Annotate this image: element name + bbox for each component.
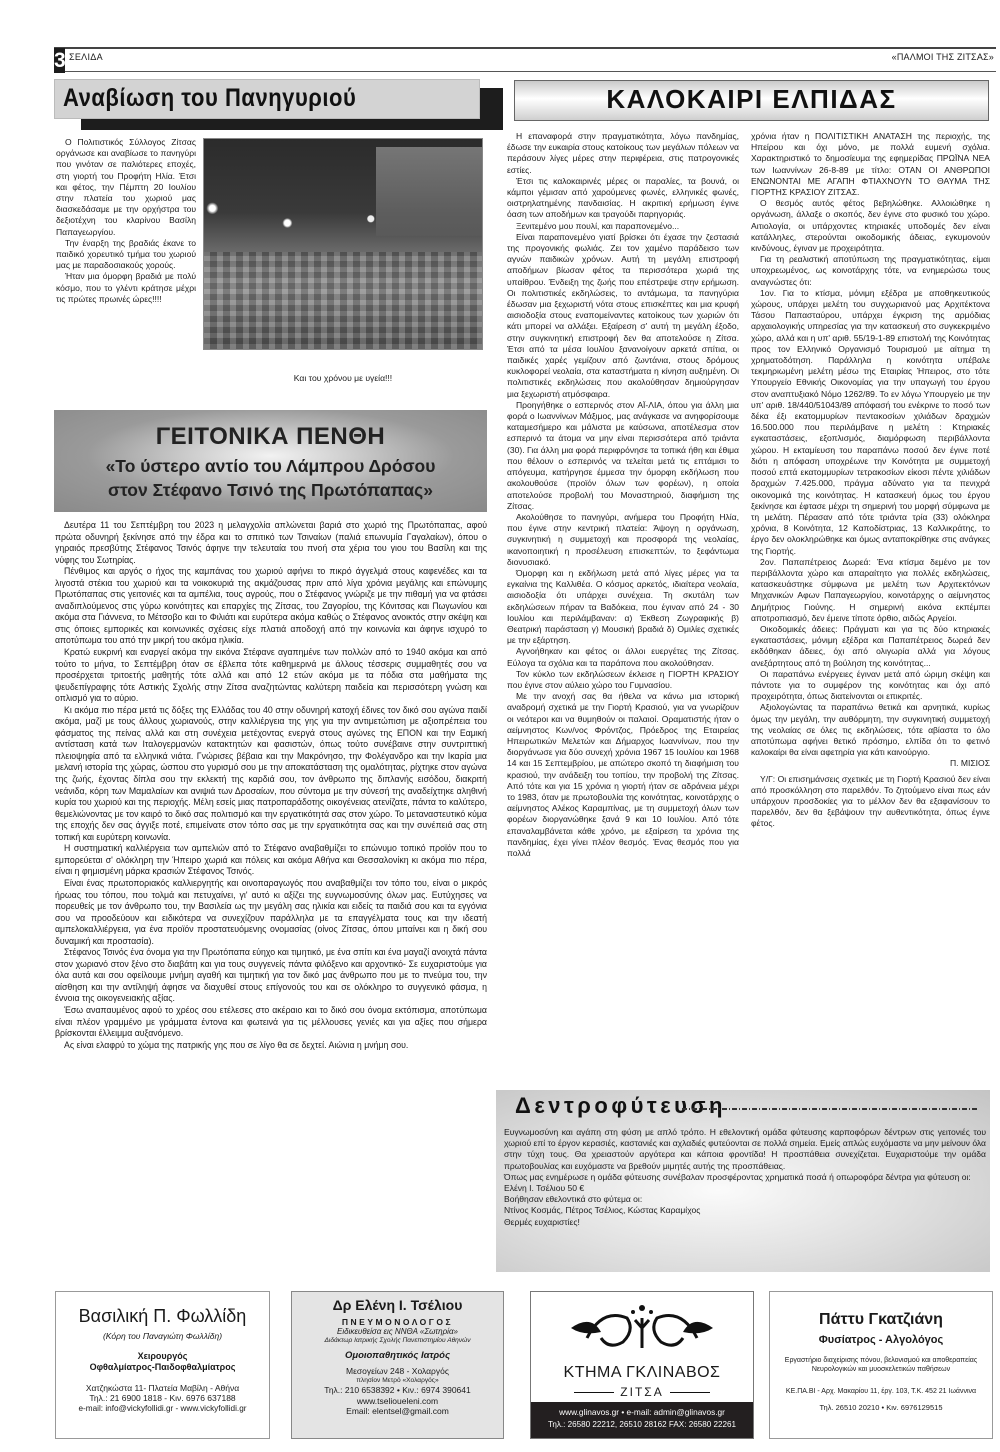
obituary-subtitle-line2: στον Στέφανο Τσινό της Πρωτόπαπας» xyxy=(54,480,487,501)
paragraph: Είναι ένας πρωτοποριακός καλλιεργητής κα… xyxy=(55,878,487,947)
paragraph: Στέφανος Τσινός ένα όνομα για την Πρωτόπ… xyxy=(55,947,487,1005)
ad-role: Ομοιοπαθητικός Ιατρός xyxy=(292,1350,503,1362)
ad-name: Πάττυ Γκατζιάνη xyxy=(770,1310,992,1330)
line: Βοήθησαν εθελοντικά στο φύτεμα οι: xyxy=(504,1194,986,1205)
line: Ντίνος Κοσμάς, Πέτρος Τσέλιος, Κώστας Κα… xyxy=(504,1205,986,1216)
paragraph: Πένθιμος και αργός ο ήχος της καμπάνας τ… xyxy=(55,566,487,647)
ad-phones: Τηλ.: 26580 22212, 26510 28162 FAX: 2658… xyxy=(531,1420,753,1430)
crowd-shape xyxy=(204,252,482,349)
paragraph: 1ον. Για το κτίσμα, μόνιμη εξέδρα με απο… xyxy=(751,288,990,557)
ad-address: Μεσογείων 248 - Χολαργός xyxy=(292,1366,503,1377)
ad-phones: Τηλ.: 21 6900 1818 - Κιν. 6976 637188 xyxy=(56,1393,269,1404)
paragraph: Οι παραπάνω ενέργειες έγιναν μετά από ώρ… xyxy=(751,669,990,703)
line: Θερμές ευχαριστίες! xyxy=(504,1217,986,1228)
ad-address: Χατζηκώστα 11- Πλατεία Μαβίλη - Αθήνα xyxy=(56,1383,269,1394)
ad-line: Διδάκτωρ Ιατρικής Σχολής Πανεπιστημίου Α… xyxy=(292,1337,503,1345)
summer-column-2: χρόνια ήταν η ΠΟΛΙΤΙΣΤΙΚΗ ΑΝΑΤΑΣΗ της πε… xyxy=(751,131,990,830)
paragraph: Οικοδομικές άδειες: Πράγματι και για τις… xyxy=(751,624,990,669)
obituary-text: Δευτέρα 11 του Σεπτέμβρη του 2023 η μελα… xyxy=(55,520,487,1051)
divider-line xyxy=(670,1392,710,1393)
paragraph: Αξιολογώντας τα παραπάνω θετικά και αρνη… xyxy=(751,702,990,758)
line: Όπως μας ενημέρωσε η ομάδα φύτευσης συνέ… xyxy=(504,1172,986,1183)
festival-photo xyxy=(203,138,483,350)
paragraph: Δευτέρα 11 του Σεπτέμβρη του 2023 η μελα… xyxy=(55,520,487,566)
ad-glinavos: ΚΤΗΜΑ ΓΚΛΙΝΑΒΟΣ ΖΙΤΣΑ www.glinavos.gr • … xyxy=(530,1291,754,1439)
ad-gatziani: Πάττυ Γκατζιάνη Φυσίατρος - Αλγολόγος Ερ… xyxy=(769,1291,993,1439)
paragraph: Ακολούθησε το πανηγύρι, ανήμερα του Προφ… xyxy=(507,512,739,568)
paragraph: Προηγήθηκε ο εσπερινός στον ΑΪ-ΛΙΑ, όπου… xyxy=(507,400,739,512)
ad-specialty: ΠΝΕΥΜΟΝΟΛΟΓΟΣ xyxy=(292,1317,503,1328)
ad-note: (Κόρη του Παναγιώτη Φωλλίδη) xyxy=(56,1331,269,1342)
ad-web: www.glinavos.gr • e-mail: admin@glinavos… xyxy=(531,1407,753,1417)
divider-line xyxy=(574,1392,614,1393)
paragraph: Είναι παραπονεμένο γιατί βρίσκει ότι έχα… xyxy=(507,232,739,400)
paragraph: Κρατώ ευκρινή και εναργεί ακόμα την εικό… xyxy=(55,647,487,705)
ad-name: ΚΤΗΜΑ ΓΚΛΙΝΑΒΟΣ xyxy=(531,1363,753,1383)
ad-email: Email: elentsel@gmail.com xyxy=(292,1406,503,1417)
ad-address: ΚΕ.ΠΑ.ΒΙ - Αρχ. Μακαρίου 11, έργ. 103, Τ… xyxy=(770,1388,992,1397)
ad-role: Οφθαλμίατρος-Παιδοφθαλμίατρος xyxy=(56,1362,269,1373)
ad-line: Ειδικευθείσα εις ΝΝΘΑ «Σωτηρία» xyxy=(292,1327,503,1337)
paragraph: Η επαναφορά στην πραγματικότητα, λόγω πα… xyxy=(507,131,739,176)
paragraph: Η συστηματική καλλιέργεια των αμπελιών α… xyxy=(55,843,487,878)
paragraph: 2ον. Παπαπέτρειος Δωρεά: Ένα κτίσμα δεμέ… xyxy=(751,557,990,624)
paragraph: Έτσι τις καλοκαιρινές μέρες οι παραλίες,… xyxy=(507,176,739,221)
line: Ελένη Ι. Τσέλιου 50 € xyxy=(504,1183,986,1194)
paragraph: Ευγνωμοσύνη και αγάπη στη φύση με απλό τ… xyxy=(504,1127,986,1172)
peacock-logo-icon xyxy=(567,1298,717,1356)
festival-title: Αναβίωση του Πανηγυριού xyxy=(63,84,356,113)
ad-name: Δρ Ελένη Ι. Τσέλιου xyxy=(292,1297,503,1315)
paragraph: Ο Πολιτιστικός Σύλλογος Ζίτσας οργάνωσε … xyxy=(56,137,196,238)
ad-phones: Τηλ. 26510 20210 • Κιν. 6976129515 xyxy=(770,1403,992,1412)
page-number: 3 xyxy=(54,48,65,73)
ad-role: Χειρουργός xyxy=(56,1351,269,1362)
ad-place-text: ΖΙΤΣΑ xyxy=(620,1385,663,1399)
ad-name: Βασιλική Π. Φωλλίδη xyxy=(56,1305,269,1328)
festival-text: Ο Πολιτιστικός Σύλλογος Ζίτσας οργάνωσε … xyxy=(56,137,196,305)
paragraph: Κι ακόμα πιο πέρα μετά τις δόξες της Ελλ… xyxy=(55,705,487,844)
obituary-subtitle-line1: «Το ύστερο αντίο του Λάμπρου Δρόσου xyxy=(54,456,487,477)
tree-planting-title: Δεντροφύτευση xyxy=(515,1093,726,1119)
postscript: Υ/Γ: Οι επισημάνσεις σχετικές με τη Γιορ… xyxy=(751,774,990,830)
ad-place: ΖΙΤΣΑ xyxy=(531,1385,753,1400)
ad-folidi: Βασιλική Π. Φωλλίδη (Κόρη του Παναγιώτη … xyxy=(55,1291,270,1439)
ad-web: www.tselioueleni.com xyxy=(292,1396,503,1407)
building-shape xyxy=(376,147,482,235)
ad-near: πλησίον Μετρό «Χολαργός» xyxy=(292,1377,503,1385)
paragraph: Τον κύκλο των εκδηλώσεων έκλεισε η ΓΙΟΡΤ… xyxy=(507,669,739,691)
photo-caption: Και του χρόνου με υγεία!!! xyxy=(203,373,483,383)
title-dash-line xyxy=(682,1108,978,1110)
obituary-section-title: ΓΕΙΤΟΝΙΚΑ ΠΕΝΘΗ xyxy=(54,423,487,451)
header-rule-top xyxy=(54,47,996,49)
paragraph: Ο θεσμός αυτός φέτος βεβηλώθηκε. Αλλοιώθ… xyxy=(751,198,990,254)
paragraph: Για τη ρεαλιστική αποτύπωση της πραγματι… xyxy=(751,254,990,288)
paragraph: Αγνοήθηκαν και φέτος οι άλλοι ευεργέτες … xyxy=(507,646,739,668)
paragraph: Ας είναι ελαφρύ το χώμα της πατρικής γης… xyxy=(55,1040,487,1052)
author-signature: Π. ΜΙΣΙΟΣ xyxy=(751,758,990,769)
header-rule-bottom xyxy=(54,71,996,72)
paragraph: Έσω αναπαυμένος αφού το χρέος σου ετέλεσ… xyxy=(55,1005,487,1040)
newspaper-name: «ΠΑΛΜΟΙ ΤΗΣ ΖΙΤΣΑΣ» xyxy=(892,52,994,62)
paragraph: Ξενιτεμένο μου πουλί, και παραπονεμένο..… xyxy=(507,221,739,232)
paragraph: Με την ανοχή σας θα ήθελα να κάνω μια ισ… xyxy=(507,691,739,859)
ad-web: e-mail: info@vickyfollidi.gr - www.vicky… xyxy=(56,1404,269,1414)
paragraph: Όμορφη και η εκδήλωση μετά από λίγες μέρ… xyxy=(507,568,739,646)
page-label: ΣΕΛΙΔΑ xyxy=(69,52,103,62)
ad-desc: Νευρολογικών και μυοσκελετικών παθήσεων xyxy=(770,1366,992,1375)
ad-desc: Εργαστήριο διαχείρισης πόνου, βελονισμού… xyxy=(770,1357,992,1366)
ad-phones: Τηλ.: 210 6538392 • Κιν.: 6974 390641 xyxy=(292,1385,503,1396)
summer-title: ΚΑΛΟΚΑΙΡΙ ΕΛΠΙΔΑΣ xyxy=(514,84,989,115)
summer-column-1: Η επαναφορά στην πραγματικότητα, λόγω πα… xyxy=(507,131,739,859)
paragraph: Ήταν μια όμορφη βραδιά με πολύ κόσμο, πο… xyxy=(56,271,196,305)
ad-role: Φυσίατρος - Αλγολόγος xyxy=(770,1334,992,1348)
ad-tseliou: Δρ Ελένη Ι. Τσέλιου ΠΝΕΥΜΟΝΟΛΟΓΟΣ Ειδικε… xyxy=(291,1291,504,1439)
paragraph: χρόνια ήταν η ΠΟΛΙΤΙΣΤΙΚΗ ΑΝΑΤΑΣΗ της πε… xyxy=(751,131,990,198)
paragraph: Την έναρξη της βραδιάς έκανε το παιδικό … xyxy=(56,238,196,272)
tree-planting-text: Ευγνωμοσύνη και αγάπη στη φύση με απλό τ… xyxy=(504,1127,986,1228)
